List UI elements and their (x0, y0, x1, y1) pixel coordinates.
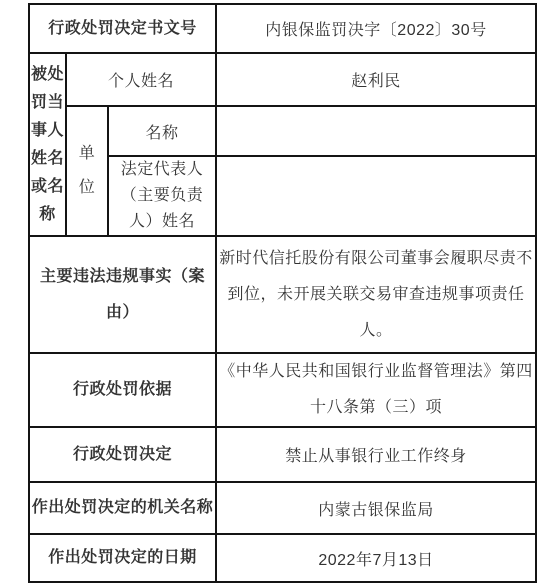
unit-label-cell: 单位 (66, 106, 108, 236)
penalty-document-page: 行政处罚决定书文号 内银保监罚决字〔2022〕30号 被处罚当事人姓名或名称 个… (0, 0, 545, 588)
legal-rep-label-cell: 法定代表人（主要负责人）姓名 (108, 156, 216, 236)
party-group-label-cell: 被处罚当事人姓名或名称 (29, 53, 66, 236)
row-personal-name: 被处罚当事人姓名或名称 个人姓名 赵利民 (29, 53, 536, 106)
legal-rep-value (216, 156, 536, 236)
doc-number-label: 行政处罚决定书文号 (29, 4, 216, 53)
row-unit-name: 单位 名称 (29, 106, 536, 156)
decision-label: 行政处罚决定 (29, 427, 216, 482)
doc-number-value: 内银保监罚决字〔2022〕30号 (216, 4, 536, 53)
row-basis: 行政处罚依据 《中华人民共和国银行业监督管理法》第四十八条第（三）项 (29, 353, 536, 427)
authority-value: 内蒙古银保监局 (216, 482, 536, 534)
legal-rep-label: 法定代表人（主要负责人）姓名 (120, 157, 204, 235)
unit-name-value (216, 106, 536, 156)
date-value: 2022年7月13日 (216, 534, 536, 582)
personal-name-label: 个人姓名 (66, 53, 216, 106)
basis-label: 行政处罚依据 (29, 353, 216, 427)
penalty-table: 行政处罚决定书文号 内银保监罚决字〔2022〕30号 被处罚当事人姓名或名称 个… (28, 3, 537, 583)
authority-label: 作出处罚决定的机关名称 (29, 482, 216, 534)
row-decision: 行政处罚决定 禁止从事银行业工作终身 (29, 427, 536, 482)
row-authority: 作出处罚决定的机关名称 内蒙古银保监局 (29, 482, 536, 534)
facts-value: 新时代信托股份有限公司董事会履职尽责不到位，未开展关联交易审查违规事项责任人。 (216, 236, 536, 353)
decision-value: 禁止从事银行业工作终身 (216, 427, 536, 482)
unit-name-label: 名称 (108, 106, 216, 156)
row-date: 作出处罚决定的日期 2022年7月13日 (29, 534, 536, 582)
personal-name-value: 赵利民 (216, 53, 536, 106)
basis-value: 《中华人民共和国银行业监督管理法》第四十八条第（三）项 (216, 353, 536, 427)
facts-label: 主要违法违规事实（案由） (29, 236, 216, 353)
row-facts: 主要违法违规事实（案由） 新时代信托股份有限公司董事会履职尽责不到位，未开展关联… (29, 236, 536, 353)
date-label: 作出处罚决定的日期 (29, 534, 216, 582)
unit-label: 单位 (78, 137, 96, 205)
party-group-label: 被处罚当事人姓名或名称 (31, 61, 65, 229)
row-doc-number: 行政处罚决定书文号 内银保监罚决字〔2022〕30号 (29, 4, 536, 53)
